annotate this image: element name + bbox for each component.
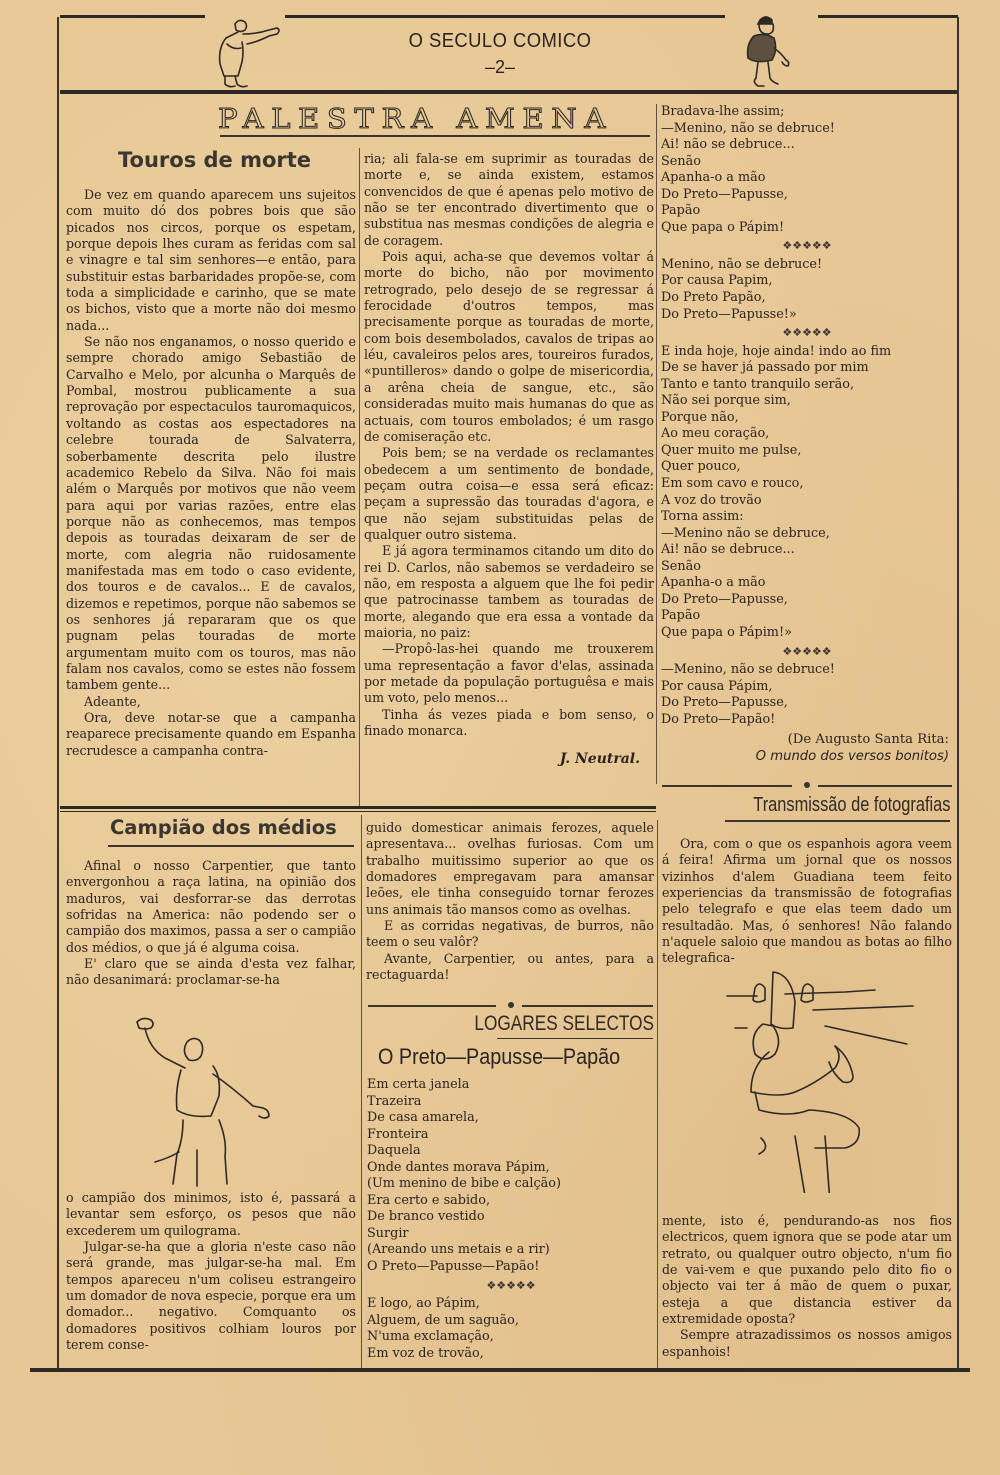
masthead-figure-left-icon (205, 14, 285, 92)
campiao-paragraph: o campião dos minimos, isto é, passará a… (66, 1190, 356, 1239)
section-divider-rule (60, 806, 656, 809)
ornamental-rule-col2 (368, 1004, 653, 1007)
poem-line: Não sei porque sim, (661, 393, 953, 410)
telegraph-climber-illustration-icon (725, 968, 925, 1193)
poem-line: Senão (661, 559, 953, 576)
poem-line: Onde dantes morava Pápim, (367, 1160, 655, 1177)
campiao-column-1-top: Afinal o nosso Carpentier, que tanto env… (66, 858, 356, 989)
diamond-ornament-icon: ❖❖❖❖❖ (367, 1278, 655, 1295)
campiao-headline-underline (108, 845, 354, 847)
ornamental-rule-col3 (662, 784, 952, 787)
touros-column-2: ria; ali fala-se em suprimir as touradas… (364, 151, 654, 768)
column-divider-1-top (359, 148, 360, 808)
poem-line: Que papa o Pápim! (661, 220, 953, 237)
poem-line: Que papa o Pápim!» (661, 625, 953, 642)
poem-line: Em certa janela (367, 1077, 655, 1094)
poem-line: Apanha-o a mão (661, 170, 953, 187)
diamond-ornament-icon: ❖❖❖❖❖ (661, 238, 953, 255)
campiao-paragraph: Julgar-se-ha que a gloria n'este caso nã… (66, 1239, 356, 1353)
touros-paragraph: Pois aqui, acha-se que devemos voltar á … (364, 249, 654, 445)
poem-line: Porque não, (661, 410, 953, 427)
poem-line: Ao meu coração, (661, 426, 953, 443)
poem-line: Surgir (367, 1226, 655, 1243)
campiao-paragraph: Avante, Carpentier, ou antes, para a rec… (366, 951, 654, 984)
touros-paragraph: Ora, deve notar-se que a campanha reapar… (66, 710, 356, 759)
poem-line: —Menino não se debruce, (661, 526, 953, 543)
touros-paragraph: ria; ali fala-se em suprimir as touradas… (364, 151, 654, 249)
poem-line: Quer pouco, (661, 459, 953, 476)
poem-line: Do Preto—Papusse!» (661, 307, 953, 324)
poem-continuation: Bradava-lhe assim; —Menino, não se debru… (661, 104, 953, 765)
column-divider-1-bottom (361, 815, 362, 1368)
poem-line: Trazeira (367, 1094, 655, 1111)
poem-line: Senão (661, 154, 953, 171)
poem-line: Ai! não se debruce... (661, 542, 953, 559)
diamond-ornament-icon: ❖❖❖❖❖ (661, 325, 953, 342)
poem-line: Papão (661, 608, 953, 625)
poem-line: Em voz de trovão, (367, 1346, 655, 1363)
poem-line: Apanha-o a mão (661, 575, 953, 592)
column-divider-2-top (656, 104, 657, 784)
poem-line: O Preto—Papusse—Papão! (367, 1259, 655, 1276)
touros-paragraph: E já agora terminamos citando um dito do… (364, 543, 654, 641)
poem-line: Papão (661, 203, 953, 220)
transmissao-column-bottom: mente, isto é, pendurando-as nos fios el… (662, 1213, 952, 1360)
poem-line: De casa amarela, (367, 1110, 655, 1127)
poem-line: Em som cavo e rouco, (661, 476, 953, 493)
touros-paragraph: De vez em quando aparecem uns sujeitos c… (66, 187, 356, 334)
poem-attribution-work: O mundo dos versos bonitos) (661, 749, 953, 766)
top-rule-middle (285, 15, 725, 18)
touros-paragraph: Se não nos enganamos, o nosso querido e … (66, 334, 356, 694)
logares-title-underline (497, 1038, 653, 1039)
top-rule-right (818, 15, 958, 18)
poem-line: —Menino, não se debruce! (661, 121, 953, 138)
poem-line: Menino, não se debruce! (661, 257, 953, 274)
frame-left-border (57, 17, 59, 1369)
logares-poem: Em certa janela Trazeira De casa amarela… (367, 1077, 655, 1362)
frame-right-border (957, 17, 959, 1369)
logares-poem-title: O Preto—Papusse—Papão (378, 1044, 620, 1070)
poem-line: Daquela (367, 1143, 655, 1160)
poem-line: Fronteira (367, 1127, 655, 1144)
transmissao-paragraph: Ora, com o que os espanhois agora veem á… (662, 836, 952, 967)
touros-de-morte-headline: Touros de morte (118, 148, 311, 172)
top-rule-left (60, 15, 205, 18)
transmissao-headline-underline (725, 820, 950, 822)
poem-line: —Menino, não se debruce! (661, 662, 953, 679)
campiao-column-1-bottom: o campião dos minimos, isto é, passará a… (66, 1190, 356, 1353)
poem-line: Do Preto Papão, (661, 290, 953, 307)
poem-line: Tanto e tanto tranquilo serão, (661, 377, 953, 394)
poem-line: E logo, ao Pápim, (367, 1296, 655, 1313)
masthead-figure-right-icon (738, 14, 798, 90)
poem-line: E inda hoje, hoje ainda! indo ao fim (661, 344, 953, 361)
touros-paragraph: Adeante, (66, 694, 356, 710)
poem-line: De branco vestido (367, 1209, 655, 1226)
poem-attribution-author: (De Augusto Santa Rita: (661, 732, 953, 749)
poem-line: Alguem, de um saguão, (367, 1313, 655, 1330)
poem-line: Do Preto—Papusse, (661, 592, 953, 609)
campiao-paragraph: Afinal o nosso Carpentier, que tanto env… (66, 858, 356, 956)
transmissao-column-top: Ora, com o que os espanhois agora veem á… (662, 836, 952, 967)
campiao-paragraph: E as corridas negativas, de burros, não … (366, 918, 654, 951)
diamond-ornament-icon: ❖❖❖❖❖ (661, 644, 953, 661)
campiao-paragraph: E' claro que se ainda d'esta vez falhar,… (66, 956, 356, 989)
poem-line: Era certo e sabido, (367, 1193, 655, 1210)
poem-line: Por causa Pápim, (661, 679, 953, 696)
campiao-column-2: guido domesticar animais ferozes, aquele… (366, 820, 654, 983)
transmissao-paragraph: mente, isto é, pendurando-as nos fios el… (662, 1213, 952, 1327)
touros-paragraph: Tinha ás vezes piada e bom senso, o fina… (364, 707, 654, 740)
poem-line: Do Preto—Papusse, (661, 695, 953, 712)
touros-signature: J. Neutral. (364, 751, 654, 767)
palestra-title-underline (220, 135, 650, 137)
page-bottom-rule (30, 1368, 970, 1372)
poem-line: Ai! não se debruce... (661, 137, 953, 154)
campiao-paragraph: guido domesticar animais ferozes, aquele… (366, 820, 654, 918)
column-divider-2-bottom (657, 820, 658, 1368)
transmissao-headline: Transmissão de fotografias (753, 794, 950, 817)
section-divider-rule-thin (60, 811, 656, 812)
transmissao-paragraph: Sempre atrazadissimos os nossos amigos e… (662, 1327, 952, 1360)
poem-line: Por causa Papim, (661, 273, 953, 290)
poem-line: A voz do trovão (661, 493, 953, 510)
page-number: –2– (460, 57, 540, 78)
palestra-amena-section-title: PALESTRA AMENA (218, 104, 688, 135)
poem-line: De se haver já passado por mim (661, 360, 953, 377)
campiao-dos-medios-headline: Campião dos médios (110, 816, 337, 839)
boxer-illustration-icon (125, 1010, 305, 1195)
poem-attribution-work-title: O mundo dos versos bonitos) (756, 749, 949, 764)
logares-selectos-title: LOGARES SELECTOS (474, 1012, 654, 1036)
poem-line: Bradava-lhe assim; (661, 104, 953, 121)
poem-line: (Areando uns metais e a rir) (367, 1242, 655, 1259)
touros-paragraph: —Propô-las-hei quando me trouxerem uma r… (364, 641, 654, 706)
masthead-title: O SECULO COMICO (371, 30, 629, 53)
poem-line: Torna assim: (661, 509, 953, 526)
poem-line: Quer muito me pulse, (661, 443, 953, 460)
header-bottom-rule (60, 90, 958, 94)
poem-line: (Um menino de bibe e calção) (367, 1176, 655, 1193)
touros-paragraph: Pois bem; se na verdade os reclamantes o… (364, 445, 654, 543)
poem-line: N'uma exclamação, (367, 1329, 655, 1346)
poem-line: Do Preto—Papão! (661, 712, 953, 729)
poem-line: Do Preto—Papusse, (661, 187, 953, 204)
touros-column-1: De vez em quando aparecem uns sujeitos c… (66, 187, 356, 759)
